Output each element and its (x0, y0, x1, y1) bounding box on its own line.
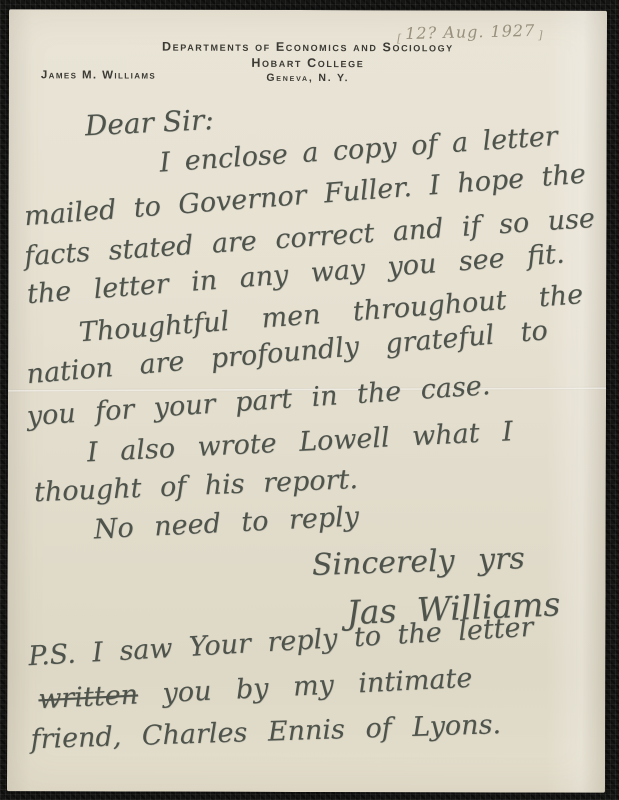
postscript-line: written you by my intimate (38, 663, 473, 716)
date-text: 12? Aug. 1927 (405, 21, 535, 43)
date-close-bracket: ] (536, 29, 548, 42)
letter-page: Departments of Economics and Sociology H… (7, 9, 607, 793)
postscript-line-rest: you by my intimate (162, 663, 473, 709)
valediction: Sincerely yrs (311, 541, 525, 583)
letterhead-sender-name: James M. Williams (41, 69, 156, 81)
struck-word: written (38, 679, 139, 715)
letterhead-institution-line: Hobart College (9, 55, 607, 71)
photo-mat-background: Departments of Economics and Sociology H… (0, 0, 619, 800)
archival-date-annotation: [12? Aug. 1927] (394, 21, 547, 46)
salutation: Dear Sir: (84, 103, 214, 142)
body-line: No need to reply (93, 501, 360, 545)
body-line: thought of his report. (33, 464, 358, 508)
postscript-line: friend, Charles Ennis of Lyons. (30, 709, 501, 755)
body-line: I also wrote Lowell what I (86, 416, 513, 468)
